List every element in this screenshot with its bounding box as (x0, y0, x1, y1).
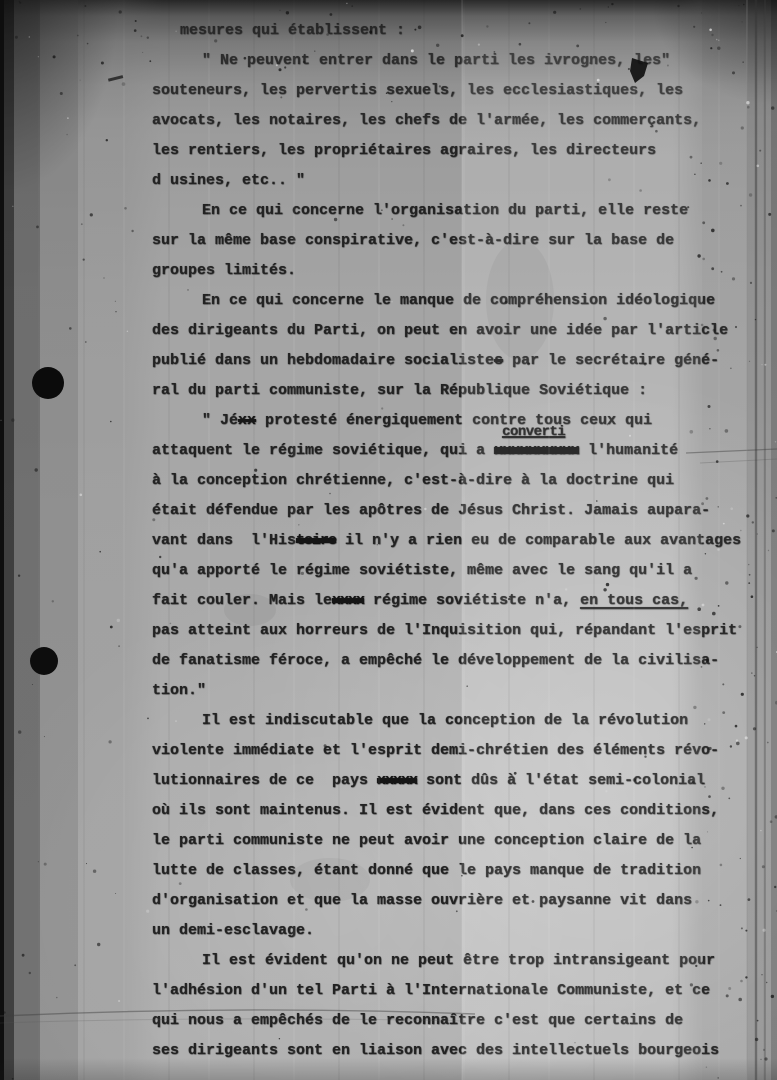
text-line: lutionnaires de ce pays xxxxx sont dûs à… (152, 766, 756, 796)
text-segment: toire (296, 532, 336, 549)
text-segment: protesté énergiquement contre tous ceux … (256, 412, 652, 429)
text-line: ral du parti communiste, sur la Républiq… (152, 376, 756, 406)
text-segment: En ce qui concerne l'organisation du par… (202, 202, 688, 219)
text-line: un demi-esclavage. (152, 916, 756, 946)
text-segment: Il est évident qu'on ne peut être trop i… (202, 952, 715, 969)
text-segment: avocats, les notaires, les chefs de l'ar… (152, 112, 701, 129)
text-line: publié dans un hebdomadaire socialistes … (152, 346, 756, 376)
text-segment: qui nous a empêchés de le reconnaître c'… (152, 1012, 683, 1029)
text-line: pas atteint aux horreurs de l'Inquisitio… (152, 616, 756, 646)
text-segment: ses dirigeants sont en liaison avec des … (152, 1042, 719, 1059)
text-line: à la conception chrétienne, c'est-à-dire… (152, 466, 756, 496)
text-segment: s (494, 352, 503, 369)
punch-hole-top (32, 367, 64, 399)
text-segment: xxxxx (377, 772, 417, 789)
text-segment: était défendue par les apôtres de Jésus … (152, 502, 710, 519)
text-segment: il n'y a rien eu de comparable aux avant… (336, 532, 741, 549)
text-segment: pas atteint aux horreurs de l'Inquisitio… (152, 622, 737, 639)
text-segment: sont dûs à l'état semi-colonial (417, 772, 705, 789)
text-line: En ce qui concerne le manque de compréhe… (152, 286, 756, 316)
text-line: où ils sont maintenus. Il est évident qu… (152, 796, 756, 826)
text-segment: un demi-esclavage. (152, 922, 314, 939)
text-segment: mesures qui établissent : (180, 22, 405, 39)
text-segment: en tous cas, (580, 592, 688, 609)
text-segment: les rentiers, les propriétaires agraires… (152, 142, 656, 159)
text-segment: xx (238, 412, 256, 429)
paragraph: " Ne peuvent entrer dans le parti les iv… (152, 46, 756, 196)
ink-dash (108, 75, 123, 82)
text-segment: " Ne peuvent entrer dans le parti les iv… (202, 52, 670, 69)
text-segment: de fanatisme féroce, a empêché le dévelo… (152, 652, 719, 669)
text-segment: tion." (152, 682, 206, 699)
text-segment: souteneurs, les pervertis sexuels, les e… (152, 82, 683, 99)
text-line: les rentiers, les propriétaires agraires… (152, 136, 756, 166)
text-line: Il est évident qu'on ne peut être trop i… (152, 946, 756, 976)
text-segment: l'adhésion d'un tel Parti à l'Internatio… (152, 982, 710, 999)
punch-hole-bottom (30, 647, 58, 675)
text-segment: groupes limités. (152, 262, 296, 279)
text-segment: d'organisation et que la masse ouvrière … (152, 892, 692, 909)
text-segment: fait couler. Mais le (152, 592, 332, 609)
text-segment: ral du parti communiste, sur la Républiq… (152, 382, 647, 399)
scanned-page: mesures qui établissent :" Ne peuvent en… (0, 0, 777, 1080)
paragraph: Il est évident qu'on ne peut être trop i… (152, 946, 756, 1066)
text-line: qui nous a empêchés de le reconnaître c'… (152, 1006, 756, 1036)
paragraph: En ce qui concerne le manque de compréhe… (152, 286, 756, 406)
text-line: sur la même base conspirative, c'est-à-d… (152, 226, 756, 256)
text-segment: régime soviétiste n'a, (364, 592, 580, 609)
text-line: " Ne peuvent entrer dans le parti les iv… (152, 46, 756, 76)
text-line: d usines, etc.. " (152, 166, 756, 196)
paragraph: mesures qui établissent : (152, 16, 756, 46)
text-segment: qu'a apporté le régime soviétiste, même … (152, 562, 692, 579)
text-line: violente immédiate et l'esprit demi-chré… (152, 736, 756, 766)
text-line: tion." (152, 676, 756, 706)
text-line: avocats, les notaires, les chefs de l'ar… (152, 106, 756, 136)
text-segment: sur la même base conspirative, c'est-à-d… (152, 232, 674, 249)
text-segment: vant dans l'His (152, 532, 296, 549)
text-segment: lutionnaires de ce pays (152, 772, 377, 789)
text-line: ses dirigeants sont en liaison avec des … (152, 1036, 756, 1066)
text-line: fait couler. Mais lexxxx régime soviétis… (152, 586, 756, 616)
text-segment: " Jé (202, 412, 238, 429)
text-segment: publié dans un hebdomadaire socialiste (152, 352, 494, 369)
text-line: mesures qui établissent : (152, 16, 756, 46)
text-line: lutte de classes, étant donné que le pay… (152, 856, 756, 886)
text-segment: d usines, etc.. " (152, 172, 305, 189)
text-segment: lutte de classes, étant donné que le pay… (152, 862, 701, 879)
text-line: des dirigeants du Parti, on peut en avoi… (152, 316, 756, 346)
paragraph: Il est indiscutable que la conception de… (152, 706, 756, 946)
paragraph: " Jéxx protesté énergiquement contre tou… (152, 406, 756, 706)
text-segment: En ce qui concerne le manque de compréhe… (202, 292, 715, 309)
text-segment: Il est indiscutable que la conception de… (202, 712, 688, 729)
text-line: qu'a apporté le régime soviétiste, même … (152, 556, 756, 586)
interlinear-insertion: converti (502, 425, 565, 439)
text-line: " Jéxx protesté énergiquement contre tou… (152, 406, 756, 436)
text-line: vant dans l'Histoire il n'y a rien eu de… (152, 526, 756, 556)
typewritten-text: mesures qui établissent :" Ne peuvent en… (152, 16, 756, 1066)
text-line: Il est indiscutable que la conception de… (152, 706, 756, 736)
text-line: de fanatisme féroce, a empêché le dévelo… (152, 646, 756, 676)
text-line: En ce qui concerne l'organisation du par… (152, 196, 756, 226)
text-segment: l'humanité (579, 442, 678, 459)
text-segment: le parti communiste ne peut avoir une co… (152, 832, 701, 849)
text-line: souteneurs, les pervertis sexuels, les e… (152, 76, 756, 106)
text-line: groupes limités. (152, 256, 756, 286)
text-segment: xxxx (332, 592, 364, 609)
paragraph: En ce qui concerne l'organisation du par… (152, 196, 756, 286)
text-segment: où ils sont maintenus. Il est évident qu… (152, 802, 719, 819)
text-line: le parti communiste ne peut avoir une co… (152, 826, 756, 856)
text-line: attaquent le régime soviétique, qui a xx… (152, 436, 756, 466)
text-segment: à la conception chrétienne, c'est-à-dire… (152, 472, 674, 489)
text-line: était défendue par les apôtres de Jésus … (152, 496, 756, 526)
text-line: d'organisation et que la masse ouvrière … (152, 886, 756, 916)
text-segment: des dirigeants du Parti, on peut en avoi… (152, 322, 728, 339)
text-segment: attaquent le régime soviétique, qui a (152, 442, 494, 459)
text-line: l'adhésion d'un tel Parti à l'Internatio… (152, 976, 756, 1006)
redacted-word: xxxxxxxxxxconverti (494, 442, 579, 459)
text-segment: violente immédiate et l'esprit demi-chré… (152, 742, 719, 759)
text-segment: par le secrétaire géné- (503, 352, 719, 369)
